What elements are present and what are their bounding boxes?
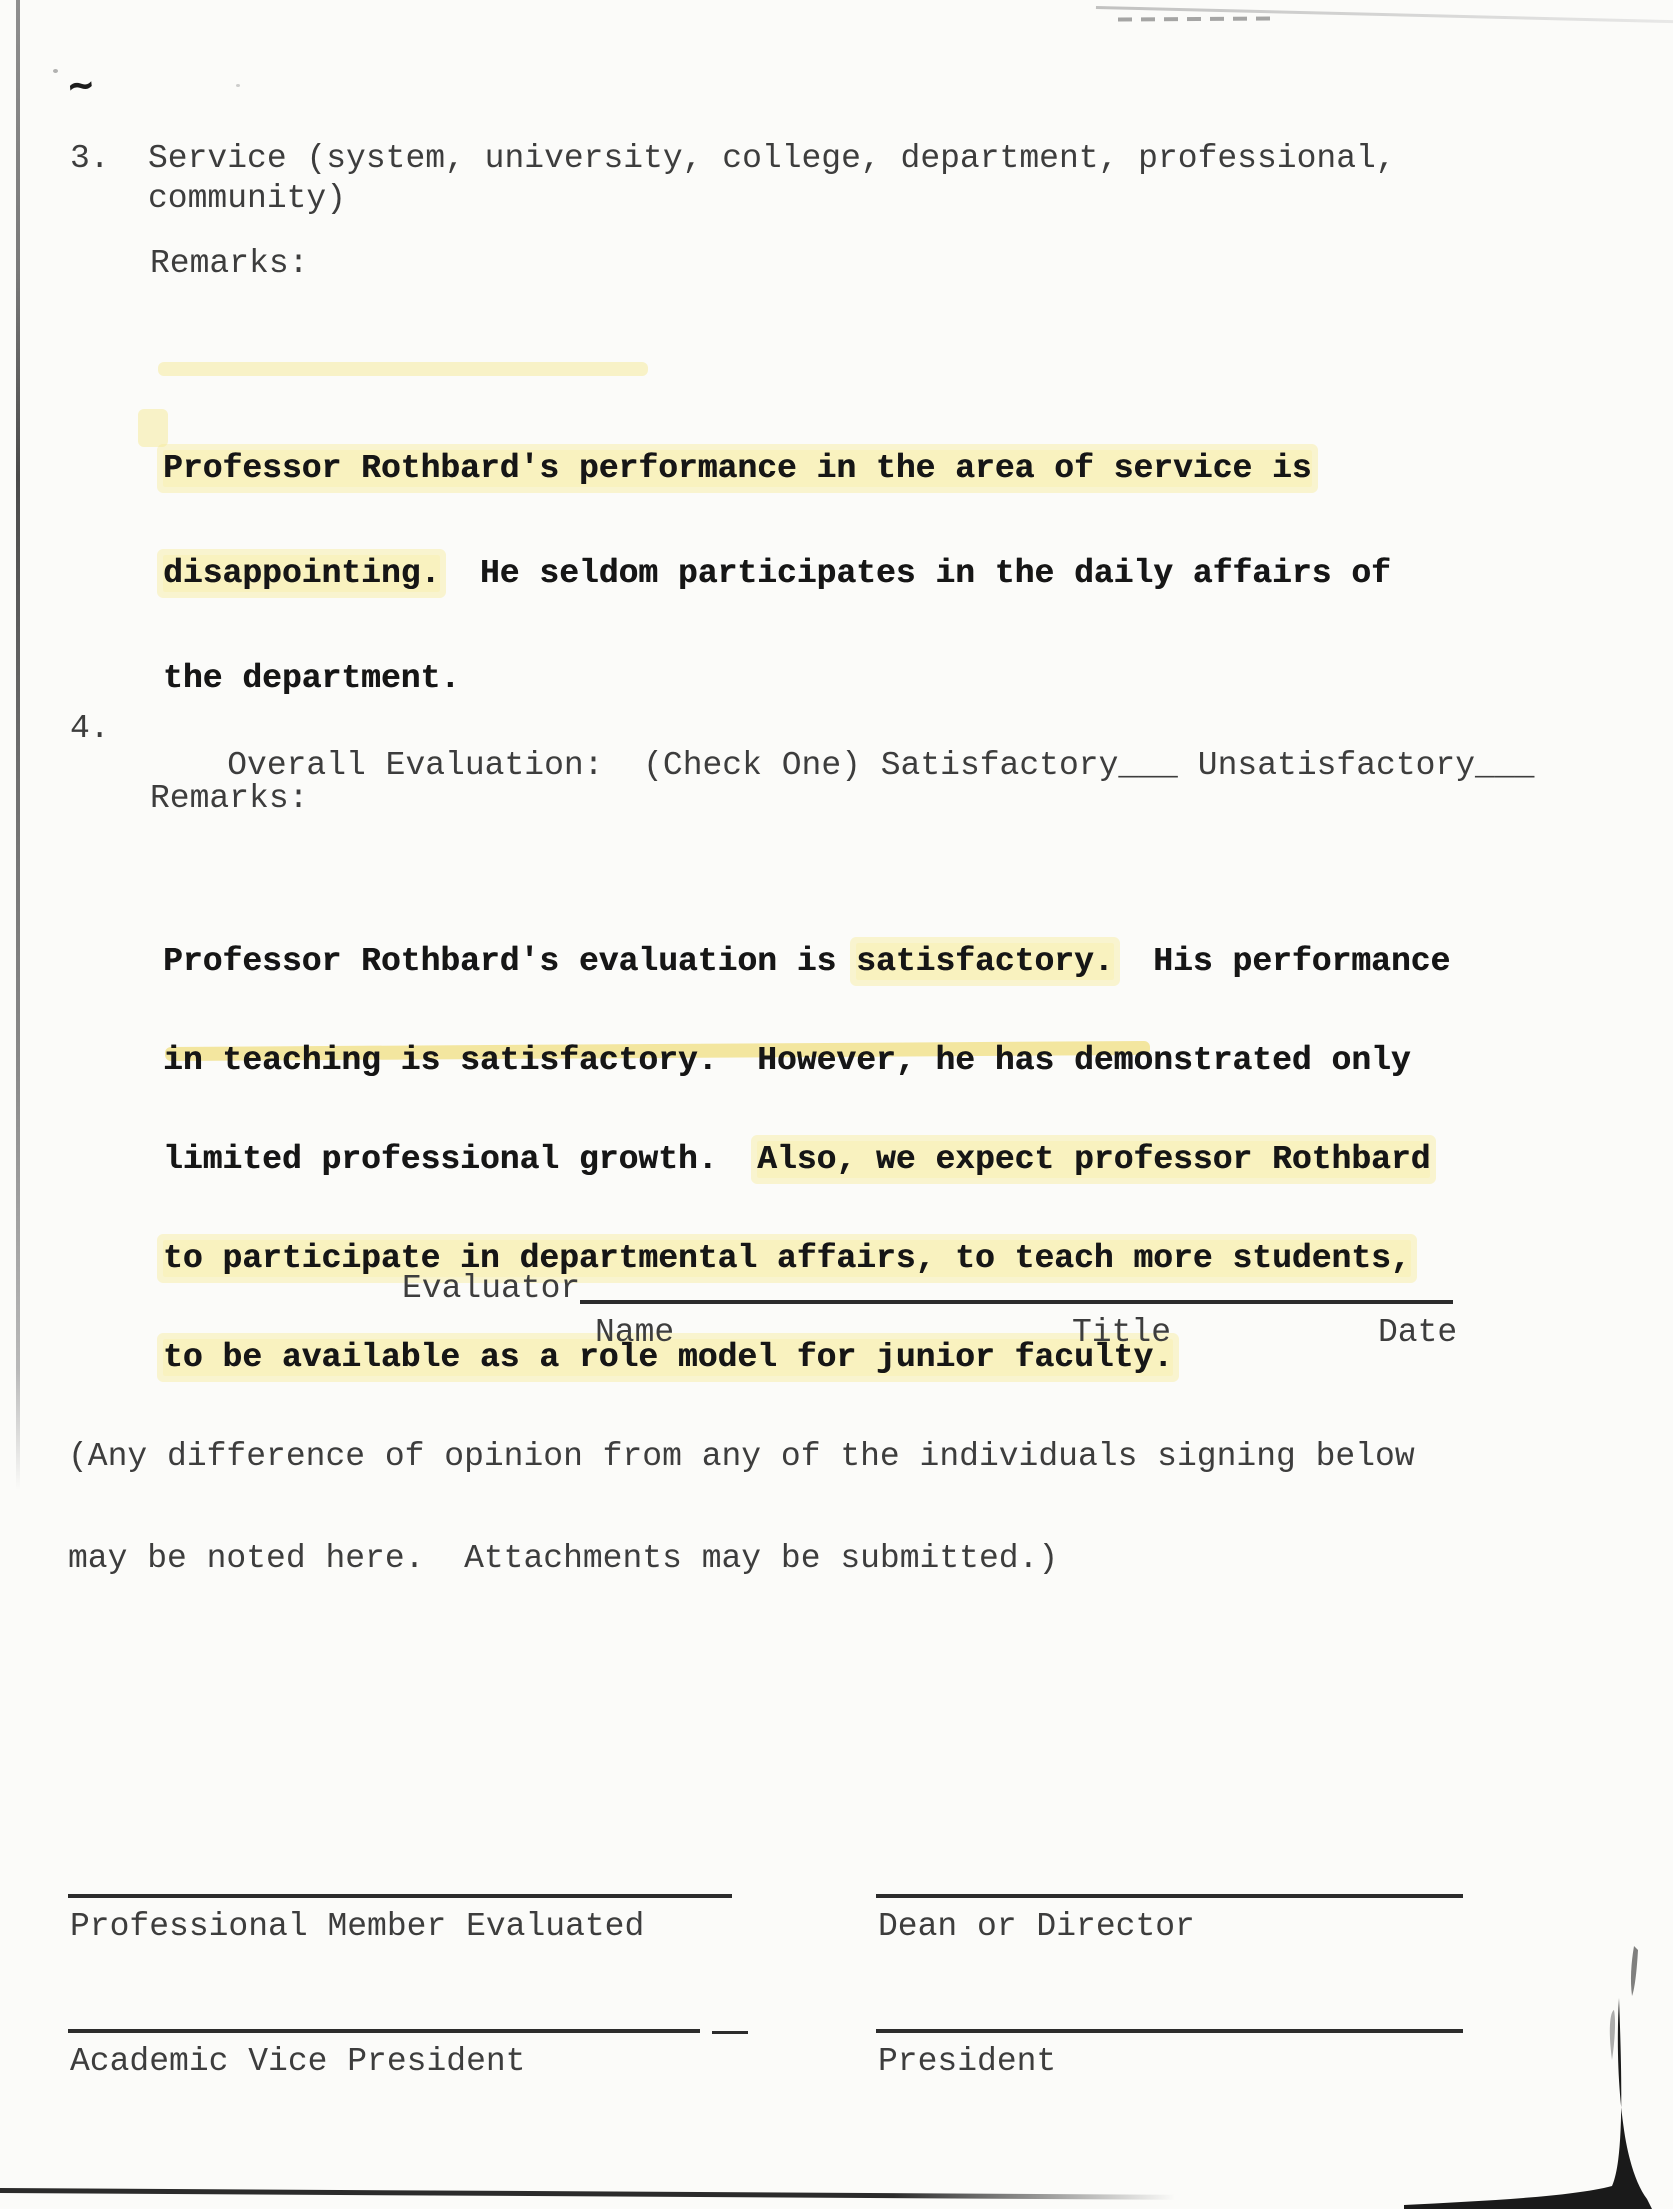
remark-text: Professor Rothbard's evaluation is	[163, 943, 856, 980]
unsatisfactory-blank-line: ___	[1475, 747, 1534, 784]
remark-text: in teaching is satisfactory. However, he…	[163, 1042, 1411, 1079]
satisfactory-blank-line: ___	[1118, 747, 1177, 784]
professional-member-evaluated-label: Professional Member Evaluated	[70, 1908, 644, 1945]
unsatisfactory-label: Unsatisfactory	[1198, 747, 1475, 784]
academic-vice-president-label: Academic Vice President	[70, 2043, 525, 2080]
highlighted-text: Also, we expect professor Rothbard	[757, 1141, 1430, 1178]
overall-evaluation-label: Overall Evaluation: (Check One)	[227, 747, 881, 784]
remark-line: Professor Rothbard's performance in the …	[163, 451, 1391, 486]
highlighted-text: to participate in departmental affairs, …	[163, 1240, 1411, 1277]
highlighter-stroke	[158, 362, 648, 376]
item-3-title-line1: Service (system, university, college, de…	[148, 140, 1396, 177]
scan-edge-left-line	[16, 0, 20, 1490]
item-4-number: 4.	[70, 710, 110, 747]
scan-speck	[236, 84, 240, 87]
scan-speck	[53, 69, 58, 73]
signature-line-dean	[876, 1894, 1463, 1898]
scan-noise-dashes	[1118, 16, 1270, 21]
highlighted-text: Professor Rothbard's performance in the …	[163, 450, 1312, 487]
signature-line-academic-vp-dash	[712, 2031, 748, 2034]
remark-line: disappointing. He seldom participates in…	[163, 556, 1391, 591]
highlighted-text: disappointing.	[163, 555, 440, 592]
item-3-number: 3.	[70, 140, 110, 177]
remark-line: to participate in departmental affairs, …	[163, 1242, 1450, 1275]
item-4-remarks-paragraph: Professor Rothbard's evaluation is satis…	[163, 879, 1450, 1440]
dean-or-director-label: Dean or Director	[878, 1908, 1195, 1945]
item-4-title-line: Overall Evaluation: (Check One) Satisfac…	[148, 710, 1534, 821]
remark-text: He seldom participates in the daily affa…	[440, 555, 1391, 592]
remark-line: the department.	[163, 661, 1391, 696]
president-label: President	[878, 2043, 1056, 2080]
item-4-remarks-label: Remarks:	[150, 780, 308, 817]
satisfactory-label: Satisfactory	[881, 747, 1119, 784]
highlighted-text: satisfactory.	[856, 943, 1113, 980]
remark-line: in teaching is satisfactory. However, he…	[163, 1044, 1450, 1077]
name-label: Name	[595, 1314, 674, 1351]
date-label: Date	[1378, 1314, 1457, 1351]
pen-tilde-mark: ~	[66, 59, 96, 110]
evaluator-label: Evaluator	[402, 1270, 580, 1307]
note-line: may be noted here. Attachments may be su…	[68, 1542, 1415, 1576]
remark-text: limited professional growth.	[163, 1141, 757, 1178]
remark-text: the department.	[163, 660, 460, 697]
scan-edge-bottom-line	[0, 2188, 1175, 2200]
item-3-title-line2: community)	[148, 180, 346, 217]
scanned-evaluation-document: ~ 3. Service (system, university, colleg…	[0, 0, 1673, 2209]
scan-corner-blob	[1400, 1940, 1673, 2209]
signature-line-academic-vp	[68, 2029, 700, 2033]
difference-note: (Any difference of opinion from any of t…	[68, 1372, 1415, 1644]
signature-line-president	[876, 2029, 1463, 2033]
remark-text: His performance	[1114, 943, 1451, 980]
item-3-remarks-label: Remarks:	[150, 245, 308, 282]
note-line: (Any difference of opinion from any of t…	[68, 1440, 1415, 1474]
remark-line: Professor Rothbard's evaluation is satis…	[163, 945, 1450, 978]
title-label: Title	[1072, 1314, 1171, 1351]
remark-line: limited professional growth. Also, we ex…	[163, 1143, 1450, 1176]
remark-line: to be available as a role model for juni…	[163, 1341, 1450, 1374]
item-3-remarks-paragraph: Professor Rothbard's performance in the …	[163, 381, 1391, 766]
evaluator-signature-line	[580, 1300, 1453, 1304]
signature-line-professional-member	[68, 1894, 732, 1898]
